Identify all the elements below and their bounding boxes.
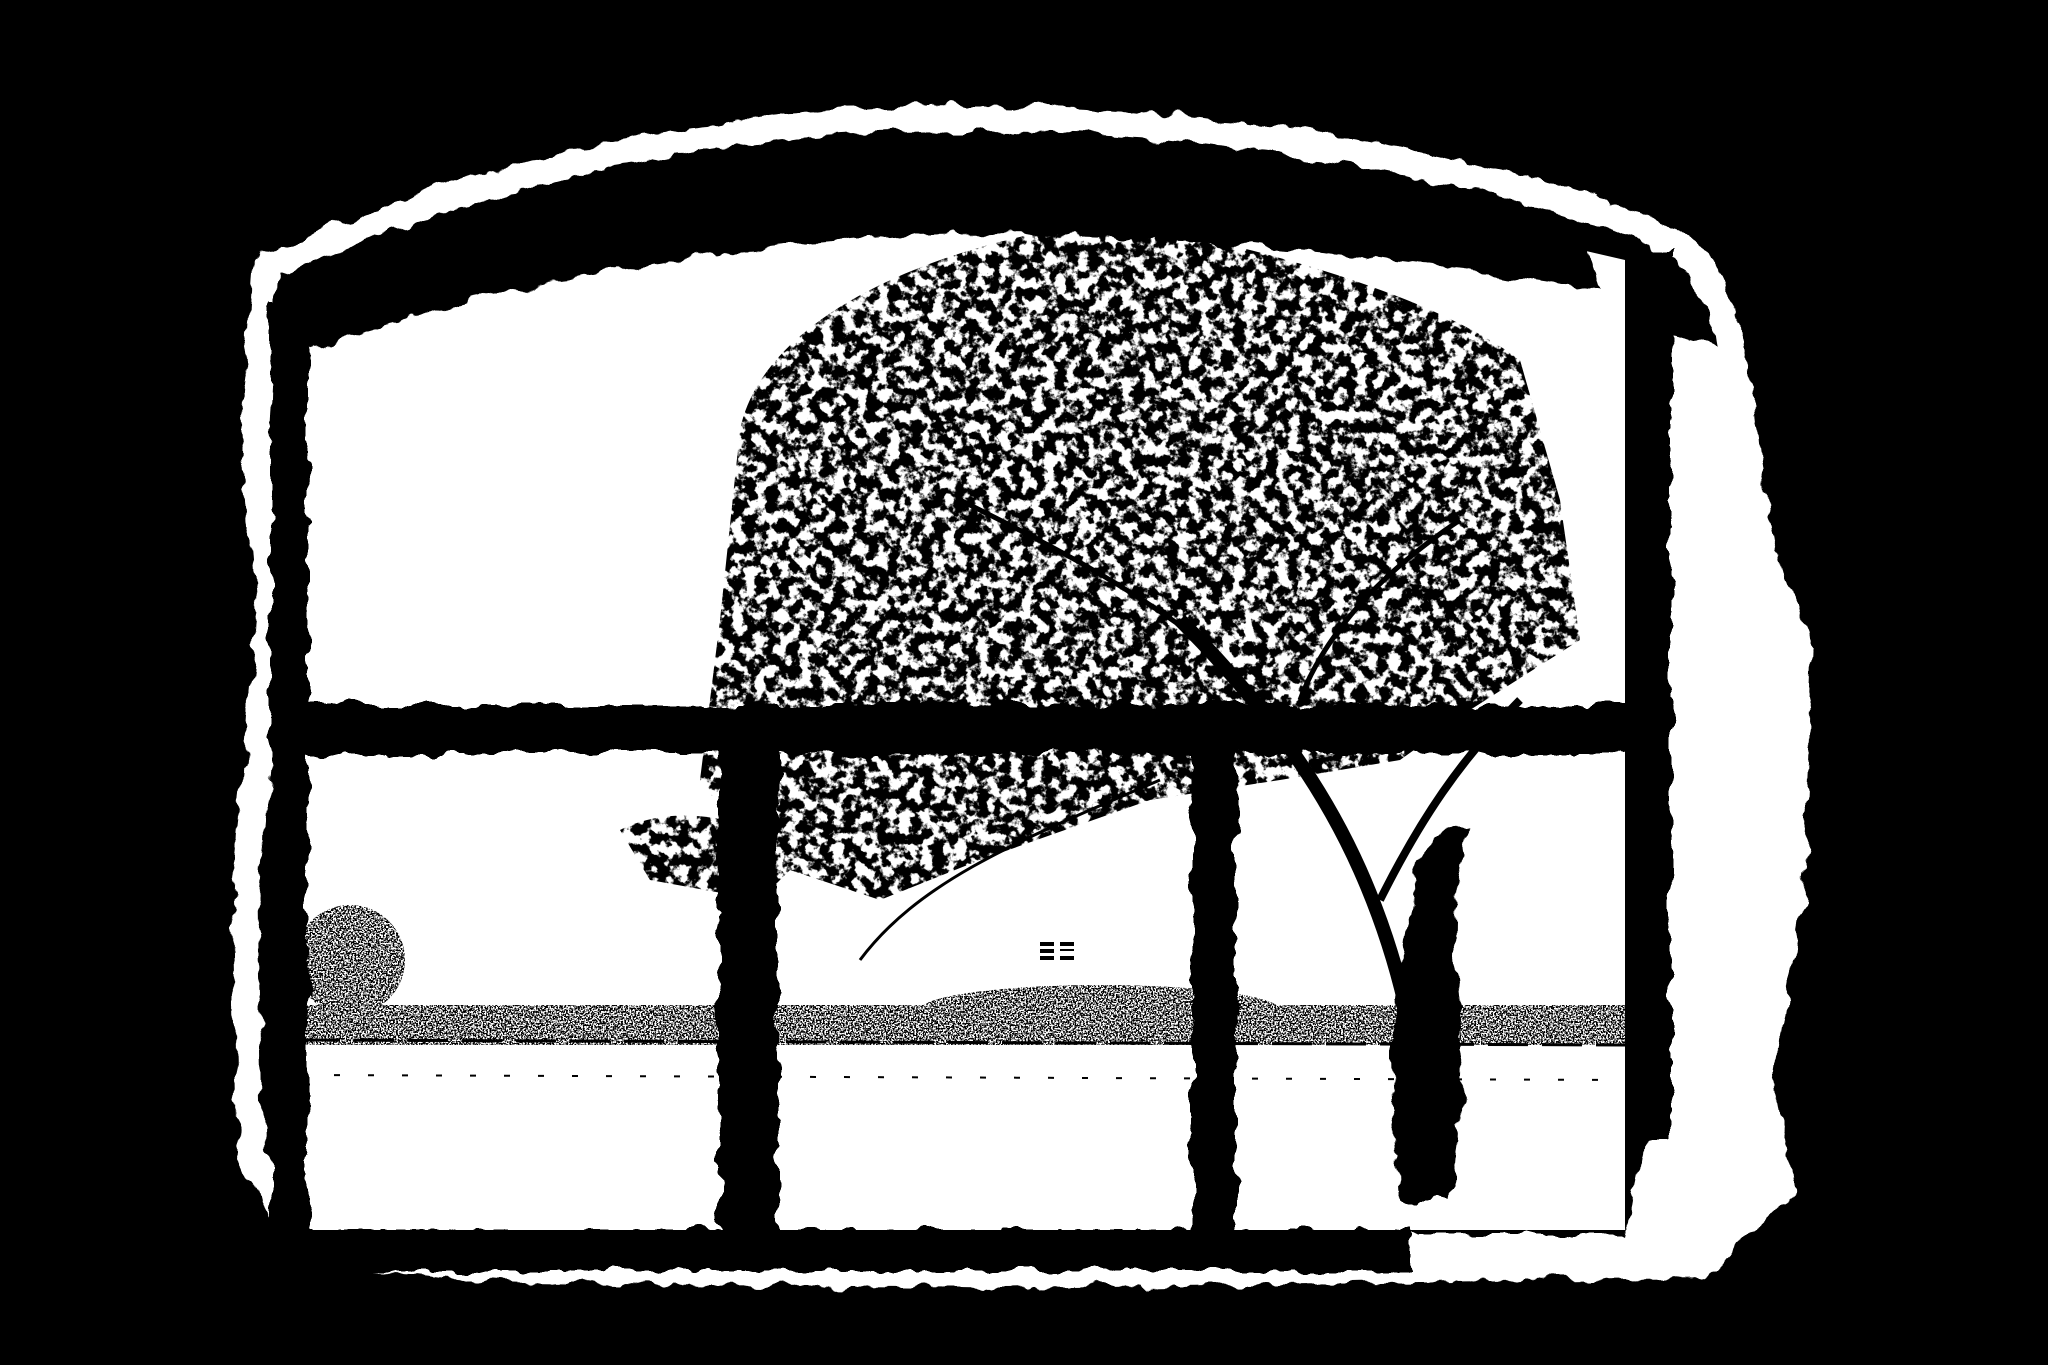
frame-mullion-right	[1192, 745, 1236, 1235]
frame-left-stile	[270, 300, 308, 1260]
photo-scene	[0, 0, 2048, 1365]
frame-transom	[290, 705, 1635, 753]
frame-right-stile	[1635, 250, 1671, 1140]
frame-sill	[290, 1230, 1410, 1270]
window-photo	[0, 0, 2048, 1365]
frame-mullion-left	[718, 745, 778, 1235]
